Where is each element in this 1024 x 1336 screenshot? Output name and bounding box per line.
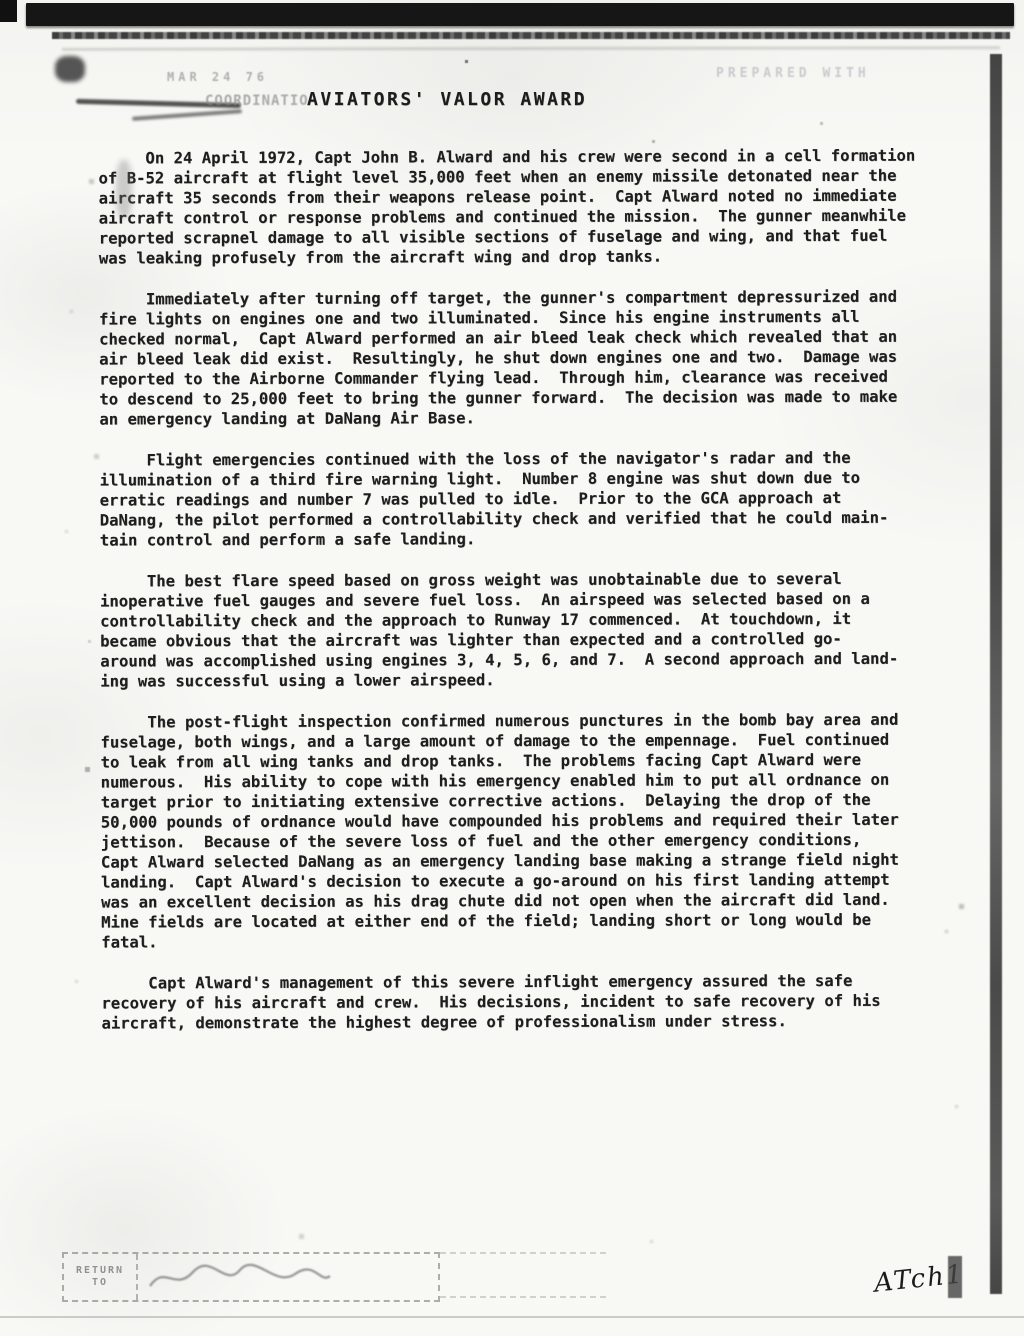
scan-smudge-line xyxy=(62,46,1000,51)
paragraph-3: Flight emergencies continued with the lo… xyxy=(99,448,949,551)
scanned-document-page: MAR 24 76 COORDINATIO PREPARED WITH AVIA… xyxy=(0,0,1024,1336)
page-title: AVIATORS' VALOR AWARD xyxy=(307,90,587,110)
paragraph-1: On 24 April 1972, Capt John B. Alward an… xyxy=(98,146,948,269)
scan-smear xyxy=(116,160,132,218)
ink-blob xyxy=(55,56,85,82)
scan-noise xyxy=(0,0,3,3)
scan-bottom-line xyxy=(0,1316,1024,1318)
return-to-label: RETURN TO xyxy=(76,1265,124,1289)
return-to-cell: RETURN TO xyxy=(64,1254,138,1300)
pen-scribble xyxy=(132,109,242,121)
stamp-scribble xyxy=(145,1258,335,1296)
scan-top-line-artifact xyxy=(52,32,1010,39)
paragraph-4: The best flare speed based on gross weig… xyxy=(100,569,950,692)
scan-corner-artifact xyxy=(0,0,17,22)
prepared-stamp: PREPARED WITH xyxy=(716,66,870,81)
document-body: On 24 April 1972, Capt John B. Alward an… xyxy=(98,146,951,1055)
scan-top-band-artifact xyxy=(26,3,1014,26)
scan-bar-artifact xyxy=(948,1256,962,1298)
scan-right-edge-artifact xyxy=(990,54,1002,1294)
paragraph-5: The post-flight inspection confirmed num… xyxy=(100,710,951,953)
coordination-stamp: COORDINATIO xyxy=(205,93,309,109)
date-stamp: MAR 24 76 xyxy=(167,70,268,84)
paragraph-6: Capt Alward's management of this severe … xyxy=(101,971,951,1034)
stamp-box-extension xyxy=(440,1252,606,1298)
paragraph-2: Immediately after turning off target, th… xyxy=(99,287,949,430)
